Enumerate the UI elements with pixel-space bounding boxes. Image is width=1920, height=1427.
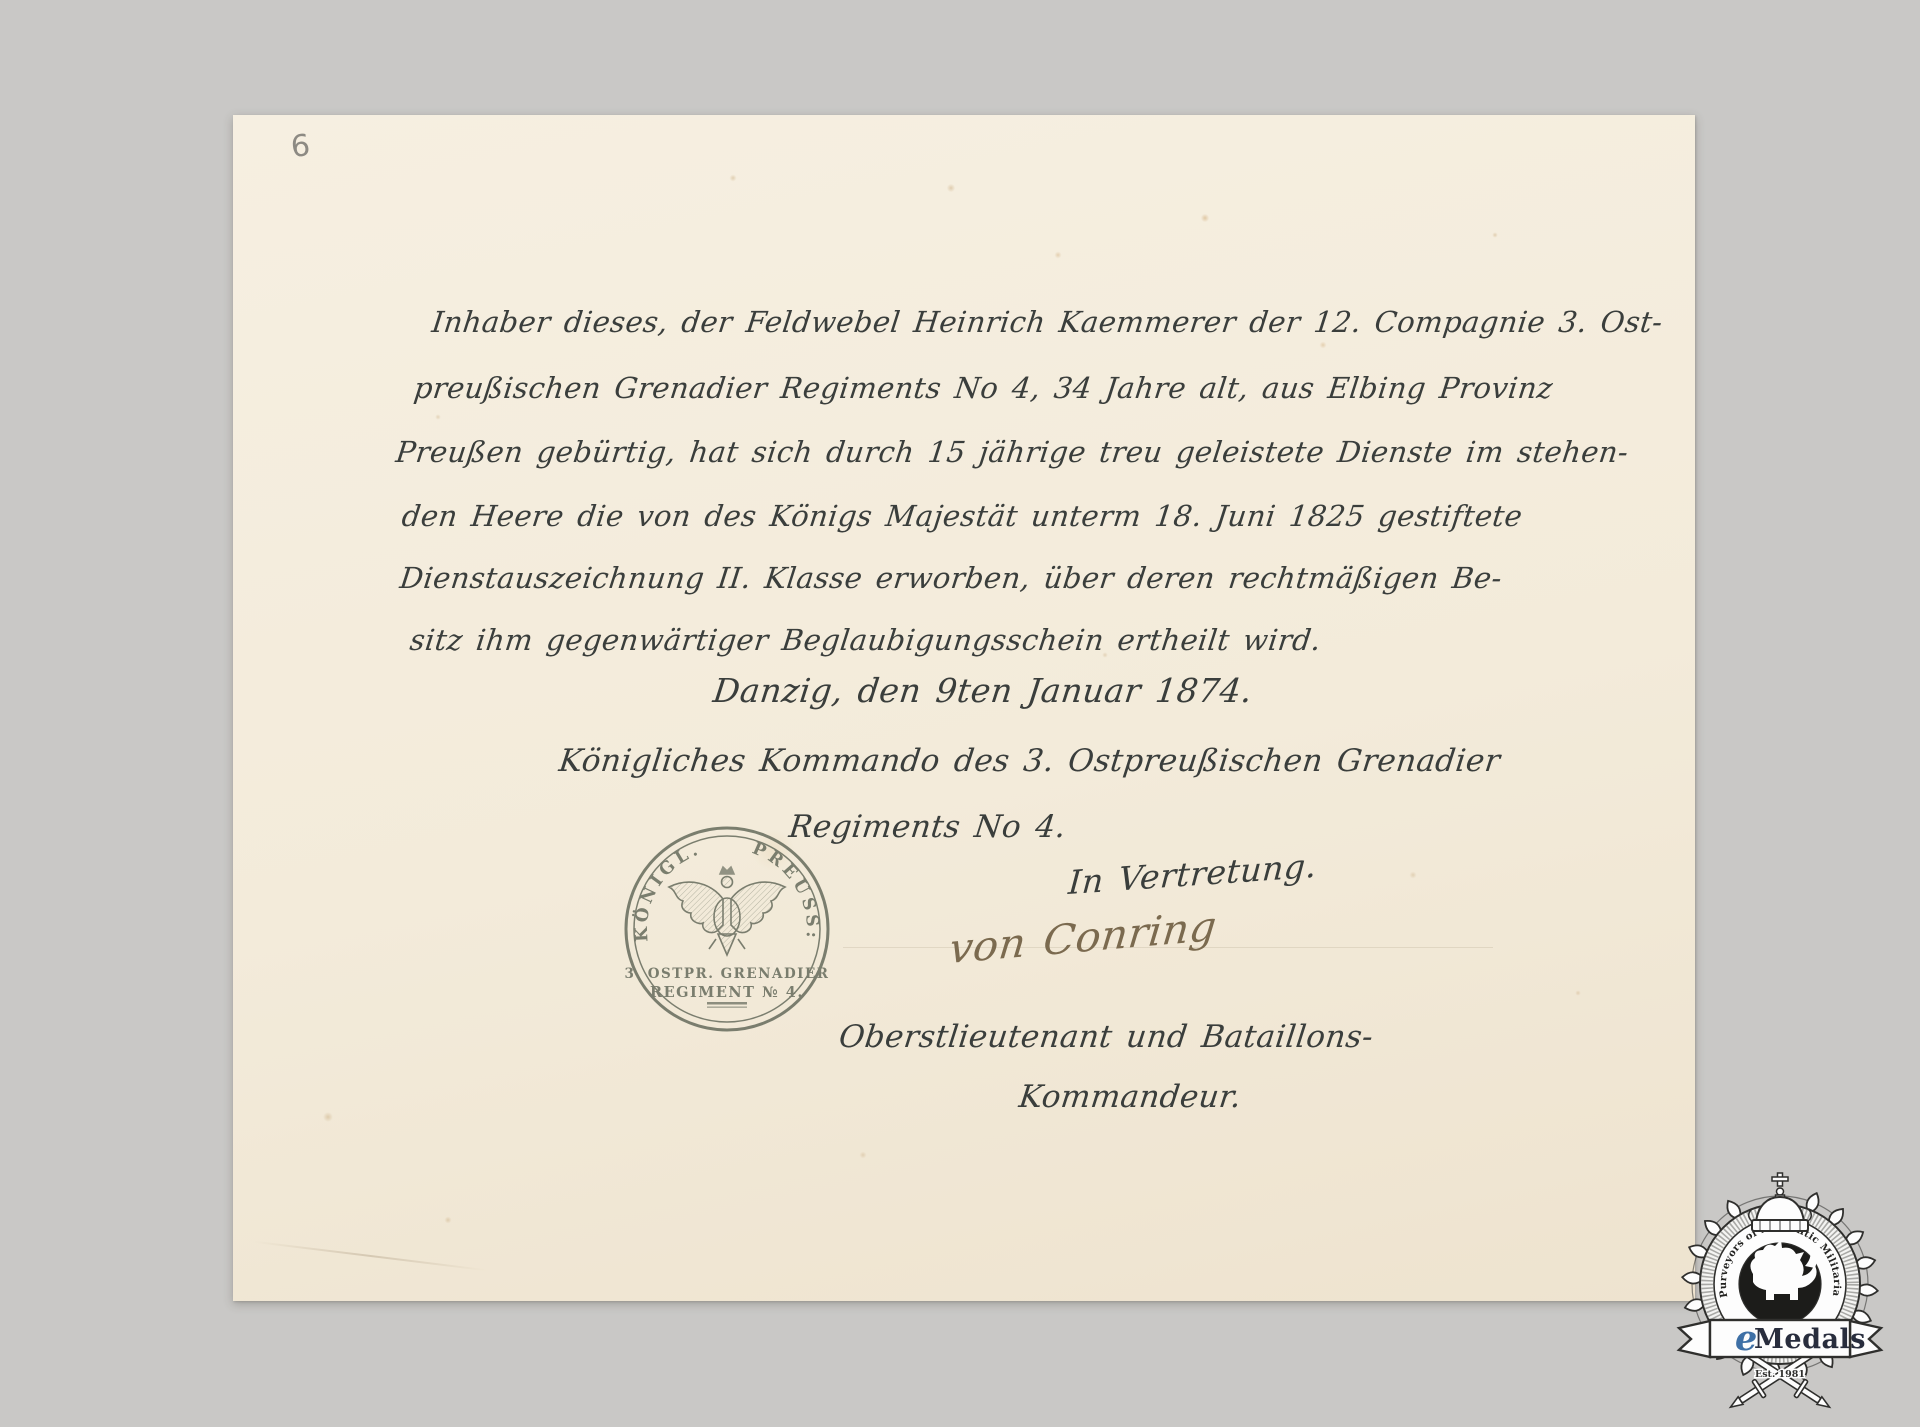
dateline: Danzig, den 9ten Januar 1874. (711, 671, 1255, 710)
signer-title-line-1: Oberstlieutenant und Bataillons- (837, 1019, 1375, 1055)
regiment-ink-stamp: KÖNIGL. PREUSS: 3. OSTPR. GRENADIER REGI… (619, 821, 835, 1037)
issuer-line-1: Königliches Kommando des 3. Ostpreußisch… (557, 743, 1502, 779)
in-vertretung-line: In Vertretung. (1067, 846, 1318, 902)
regiment-stamp-svg: KÖNIGL. PREUSS: 3. OSTPR. GRENADIER REGI… (619, 821, 835, 1037)
body-line-5: Dienstauszeichnung II. Klasse erworben, … (398, 561, 1504, 595)
body-line-6: sitz ihm gegenwärtiger Beglaubigungssche… (408, 623, 1323, 657)
crown-icon (1749, 1173, 1811, 1231)
body-line-1: Inhaber dieses, der Feldwebel Heinrich K… (430, 305, 1665, 339)
stamp-underline-bar (707, 1002, 747, 1008)
pencil-inventory-number: 6 (289, 128, 312, 165)
signer-title-line-2: Kommandeur. (1017, 1079, 1243, 1115)
body-line-3: Preußen gebürtig, hat sich durch 15 jähr… (394, 435, 1630, 469)
stamp-text-row2: REGIMENT № 4. (650, 984, 804, 1001)
emedals-banner: e Medals (1679, 1318, 1881, 1359)
paper-crease (254, 1241, 487, 1272)
stamp-text-row1: 3. OSTPR. GRENADIER (624, 966, 829, 982)
document-paper: 6 Inhaber dieses, der Feldwebel Heinrich… (233, 115, 1695, 1301)
emedals-watermark: Purveyors of Authentic Militaria e (1653, 1170, 1907, 1424)
body-line-4: den Heere die von des Königs Majestät un… (400, 499, 1524, 533)
emedals-watermark-svg: Purveyors of Authentic Militaria e (1653, 1170, 1907, 1424)
brand-medals: Medals (1754, 1324, 1866, 1355)
established-label: Est. 1981 (1755, 1369, 1805, 1380)
prussian-eagle-icon (669, 867, 785, 955)
signature-von-conring: von Conring (947, 902, 1219, 973)
body-line-2: preußischen Grenadier Regiments No 4, 34… (412, 371, 1555, 405)
